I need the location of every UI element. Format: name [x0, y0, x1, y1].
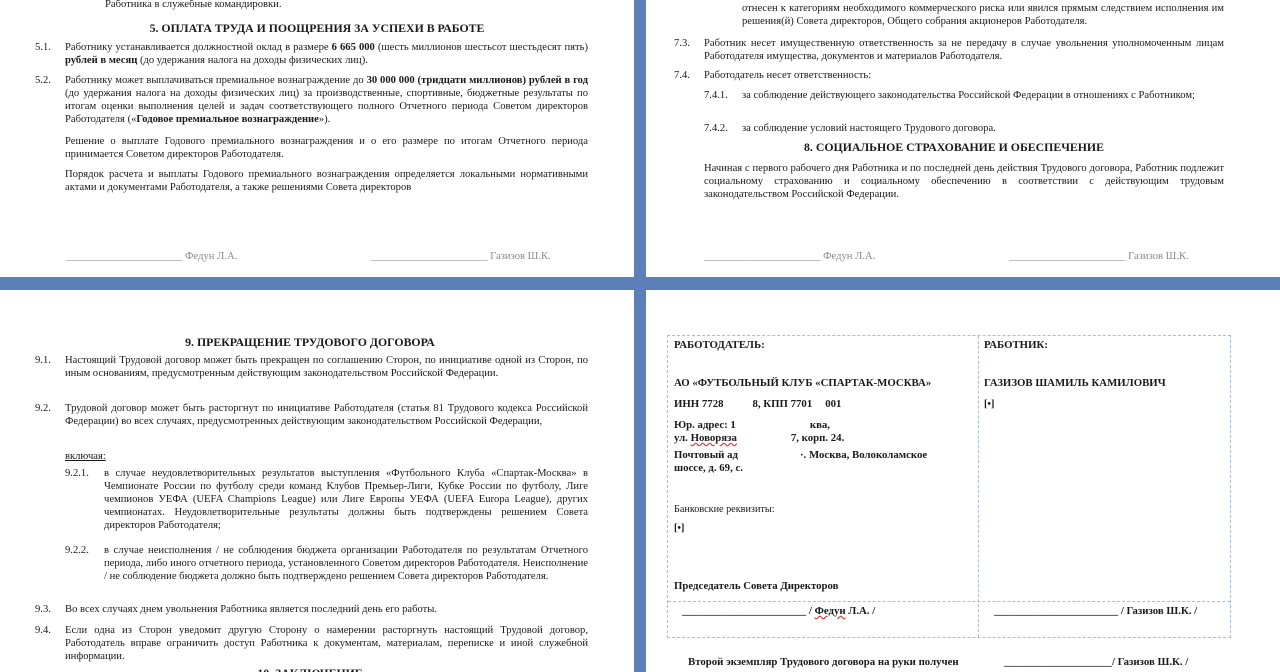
document-page-3: 9. ПРЕКРАЩЕНИЕ ТРУДОВОГО ДОГОВОРА 9.1. Н…	[0, 290, 634, 672]
employer-name: АО «ФУТБОЛЬНЫЙ КЛУБ «СПАРТАК-МОСКВА»	[674, 377, 931, 390]
signature-employee: ______________________ Газизов Ш.К.	[371, 250, 551, 263]
clause-9-2-1: в случае неудовлетворительных результато…	[104, 467, 588, 532]
bonus-procedure-paragraph: Порядок расчета и выплаты Годового преми…	[65, 168, 588, 194]
clause-number: 7.4.1.	[704, 89, 728, 102]
section-5-heading: 5. ОПЛАТА ТРУДА И ПООЩРЕНИЯ ЗА УСПЕХИ В …	[0, 21, 634, 35]
clause-7-4-1: за соблюдение действующего законодательс…	[742, 89, 1224, 102]
clause-number: 5.2.	[35, 74, 51, 87]
section-8-paragraph: Начиная с первого рабочего дня Работника…	[704, 162, 1224, 201]
chairman-title: Председатель Совета Директоров	[674, 580, 839, 593]
bonus-decision-paragraph: Решение о выплате Годового премиального …	[65, 135, 588, 161]
employee-details-placeholder: [•]	[984, 398, 994, 411]
legal-address: Юр. адрес: 1ква, ул. Новоряза7, корп. 24…	[674, 419, 844, 445]
clause-9-3: Во всех случаях днем увольнения Работник…	[65, 603, 437, 616]
clause-number: 7.4.2.	[704, 122, 728, 135]
employer-label: РАБОТОДАТЕЛЬ:	[674, 339, 765, 352]
clause-number: 9.3.	[35, 603, 51, 616]
employer-inn-kpp: ИНН 77288, КПП 7701001	[674, 398, 841, 411]
clause-9-1: Настоящий Трудовой договор может быть пр…	[65, 354, 588, 380]
clause-number: 7.3.	[674, 37, 690, 50]
clause-5-1: Работнику устанавливается должностной ок…	[65, 41, 588, 67]
clause-number: 9.1.	[35, 354, 51, 367]
clause-7-3: Работник несет имущественную ответственн…	[704, 37, 1224, 63]
clause-number: 5.1.	[35, 41, 51, 54]
including-label: включая:	[65, 450, 106, 463]
carry-over-line: Работника в служебные командировки.	[105, 0, 281, 11]
clause-7-4: Работодатель несет ответственность:	[704, 69, 871, 82]
clause-5-2: Работнику может выплачиваться премиально…	[65, 74, 588, 126]
section-10-heading: 10. ЗАКЛЮЧЕНИЕ	[0, 666, 620, 672]
signature-employer: ______________________ Федун Л.А.	[704, 250, 875, 263]
signature-employer: ______________________ Федун Л.А.	[66, 250, 237, 263]
signature-table: РАБОТОДАТЕЛЬ: РАБОТНИК: АО «ФУТБОЛЬНЫЙ К…	[667, 335, 1231, 638]
employee-signature-line: _______________________ / Газизов Ш.К. /	[994, 605, 1197, 618]
clause-number: 9.2.	[35, 402, 51, 415]
document-page-4: РАБОТОДАТЕЛЬ: РАБОТНИК: АО «ФУТБОЛЬНЫЙ К…	[646, 290, 1280, 672]
document-page-1: Работника в служебные командировки. 5. О…	[0, 0, 634, 277]
section-8-heading: 8. СОЦИАЛЬНОЕ СТРАХОВАНИЕ И ОБЕСПЕЧЕНИЕ	[646, 140, 1262, 154]
bank-details-placeholder: [•]	[674, 522, 684, 535]
signature-employee: ______________________ Газизов Ш.К.	[1009, 250, 1189, 263]
clause-number: 9.2.2.	[65, 544, 89, 557]
receipt-signature-line: ____________________/ Газизов Ш.К. /	[1004, 656, 1188, 669]
carry-over-text: отнесен к категориям необходимого коммер…	[742, 2, 1224, 28]
clause-number: 7.4.	[674, 69, 690, 82]
clause-9-2: Трудовой договор может быть расторгнут п…	[65, 402, 588, 428]
clause-9-2-2: в случае неисполнения / не соблюдения бю…	[104, 544, 588, 583]
clause-7-4-2: за соблюдение условий настоящего Трудово…	[742, 122, 996, 135]
section-9-heading: 9. ПРЕКРАЩЕНИЕ ТРУДОВОГО ДОГОВОРА	[0, 335, 620, 349]
bank-details-label: Банковские реквизиты:	[674, 503, 775, 516]
clause-number: 9.4.	[35, 624, 51, 637]
clause-number: 9.2.1.	[65, 467, 89, 480]
employer-signature-line: _______________________ / Федун Л.А. /	[682, 605, 875, 618]
postal-address: Почтовый ад·. Москва, Волоколамское шосс…	[674, 449, 927, 475]
employee-name: ГАЗИЗОВ ШАМИЛЬ КАМИЛОВИЧ	[984, 377, 1166, 390]
document-page-2: отнесен к категориям необходимого коммер…	[646, 0, 1280, 277]
clause-9-4: Если одна из Сторон уведомит другую Стор…	[65, 624, 588, 663]
receipt-label: Второй экземпляр Трудового договора на р…	[688, 656, 959, 669]
employee-label: РАБОТНИК:	[984, 339, 1048, 352]
